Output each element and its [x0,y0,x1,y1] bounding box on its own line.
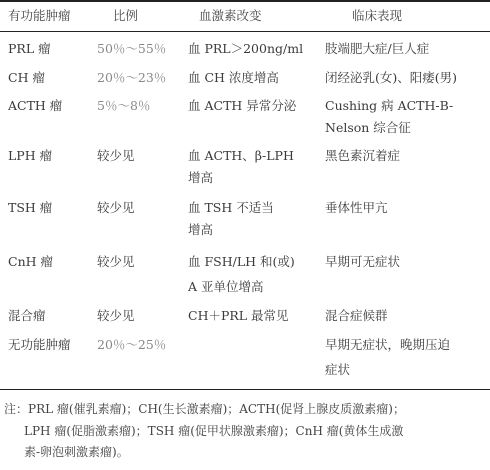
row-acth-ratio: 5％～8％ [97,98,150,114]
row-lph-hormone-1: 血 ACTH、β-LPH [188,148,294,164]
row-tsh-hormone-1: 血 TSH 不适当 [188,200,274,216]
table-footnote: 注：PRL 瘤(催乳素瘤)；CH(生长激素瘤)；ACTH(促肾上腺皮质激素瘤)；… [4,399,488,464]
row-lph-clinical: 黑色素沉着症 [325,148,400,164]
row-prl-type: PRL 瘤 [8,41,51,57]
table-bottom-rule [0,389,490,390]
row-ch-ratio: 20％～23％ [97,70,166,86]
row-acth-type: ACTH 瘤 [8,98,62,114]
row-mixed-ratio: 较少见 [97,308,135,324]
row-tsh-ratio: 较少见 [97,200,135,216]
row-prl-clinical: 肢端肥大症/巨人症 [325,41,429,57]
row-lph-ratio: 较少见 [97,148,135,164]
row-lph-type: LPH 瘤 [8,148,52,164]
row-tsh-clinical: 垂体性甲亢 [325,200,388,216]
row-nonfunctional-clinical-1: 早期无症状，晚期压迫 [325,337,450,353]
header-ratio: 比例 [113,8,138,24]
row-ch-type: CH 瘤 [8,70,45,86]
row-cnh-ratio: 较少见 [97,254,135,270]
row-mixed-type: 混合瘤 [8,308,46,324]
row-nonfunctional-type: 无功能肿瘤 [8,337,71,353]
header-tumor-type: 有功能肿瘤 [8,8,71,24]
header-hormone-change: 血激素改变 [199,8,262,24]
row-ch-clinical: 闭经泌乳(女)、阳痿(男) [325,70,457,86]
row-cnh-clinical: 早期可无症状 [325,254,400,270]
row-ch-hormone: 血 CH 浓度增高 [188,70,279,86]
table-top-rule [0,0,490,2]
row-nonfunctional-ratio: 20％～25％ [97,337,166,353]
row-acth-clinical-1: Cushing 病 ACTH-B- [325,98,453,114]
row-prl-hormone: 血 PRL＞200ng/ml [188,41,303,57]
table-page: 有功能肿瘤 比例 血激素改变 临床表现 PRL 瘤 50％～55％ 血 PRL＞… [0,0,490,470]
footnote-line-1: 注：PRL 瘤(催乳素瘤)；CH(生长激素瘤)；ACTH(促肾上腺皮质激素瘤)； [4,399,488,421]
row-lph-hormone-2: 增高 [188,170,213,186]
row-cnh-hormone-2: A 亚单位增高 [188,279,264,295]
header-clinical: 临床表现 [352,8,402,24]
row-tsh-hormone-2: 增高 [188,222,213,238]
footnote-line-2: LPH 瘤(促脂激素瘤)；TSH 瘤(促甲状腺激素瘤)；CnH 瘤(黄体生成激 [4,421,488,443]
row-acth-hormone: 血 ACTH 异常分泌 [188,98,296,114]
row-cnh-type: CnH 瘤 [8,254,53,270]
row-acth-clinical-2: Nelson 综合征 [325,120,411,136]
footnote-line-3: 素-卵泡刺激素瘤)。 [4,442,488,464]
row-tsh-type: TSH 瘤 [8,200,52,216]
row-mixed-hormone: CH＋PRL 最常见 [188,308,289,324]
row-cnh-hormone-1: 血 FSH/LH 和(或) [188,254,295,270]
row-prl-ratio: 50％～55％ [97,41,166,57]
row-nonfunctional-clinical-2: 症状 [325,362,350,378]
row-mixed-clinical: 混合症候群 [325,308,388,324]
header-rule [0,31,490,32]
